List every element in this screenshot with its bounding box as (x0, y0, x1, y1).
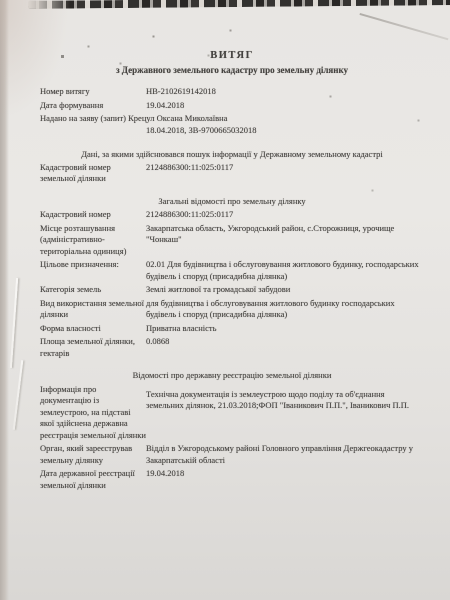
field-label: Дата державної реєстрації земельної діля… (40, 468, 146, 491)
field-row: Площа земельної ділянки, гектарів 0.0868 (40, 336, 424, 359)
field-value: 02.01 Для будівництва і обслуговування ж… (146, 259, 424, 282)
field-label: Цільове призначення: (40, 259, 146, 271)
field-label: Дата формування (40, 100, 146, 112)
field-value: для будівництва і обслуговування житлово… (146, 298, 424, 321)
field-row: Орган, який зареєстрував земельну ділянк… (40, 443, 424, 466)
field-value: 19.04.2018 (146, 100, 424, 112)
doc-title: ВИТЯГ (40, 50, 424, 62)
field-row: Форма власності Приватна власність (40, 323, 424, 335)
field-row: Номер витягу НВ-2102619142018 (40, 86, 424, 98)
field-label: Вид використання земельної ділянки (40, 298, 146, 321)
field-row: Дата формування 19.04.2018 (40, 100, 424, 112)
field-row: Місце розташування (адміністративно-тери… (40, 223, 424, 258)
field-value: 2124886300:11:025:0117 (146, 209, 424, 221)
field-value: Приватна власність (146, 323, 424, 335)
field-label: Форма власності (40, 323, 146, 335)
section-heading: Дані, за якими здійснювався пошук інформ… (40, 149, 424, 161)
field-label: Площа земельної ділянки, гектарів (40, 336, 146, 359)
field-value: 19.04.2018 (146, 468, 424, 480)
field-value: Відділ в Ужгородському районі Головного … (146, 443, 424, 466)
field-row: Вид використання земельної ділянки для б… (40, 298, 424, 321)
field-value: НВ-2102619142018 (146, 86, 424, 98)
field-value: 18.04.2018, ЗВ-9700665032018 (146, 125, 424, 137)
doc-subtitle: з Державного земельного кадастру про зем… (40, 65, 424, 77)
field-label: Кадастровий номер земельної ділянки (40, 162, 146, 185)
document-page: ВИТЯГ з Державного земельного кадастру п… (0, 0, 450, 493)
field-row: Цільове призначення: 02.01 Для будівницт… (40, 259, 424, 282)
field-value: Землі житлової та громадської забудови (146, 284, 424, 296)
field-label: Орган, який зареєстрував земельну ділянк… (40, 443, 146, 466)
field-row: Кадастровий номер земельної ділянки 2124… (40, 162, 424, 185)
field-row: Дата державної реєстрації земельної діля… (40, 468, 424, 491)
field-value: Технічна документація із землеустрою щод… (146, 384, 424, 412)
field-label: Кадастровий номер (40, 209, 146, 221)
field-label: Інформація про документацію із землеустр… (40, 384, 146, 442)
section-heading: Відомості про державну реєстрацію земель… (40, 370, 424, 382)
field-label: Номер витягу (40, 86, 146, 98)
field-row: Категорія земель Землі житлової та грома… (40, 284, 424, 296)
field-value: 2124886300:11:025:0117 (146, 162, 424, 174)
field-row: Надано на заяву (запит) Крецул Оксана Ми… (40, 113, 424, 136)
field-value: Крецул Оксана Миколаївна (128, 113, 227, 123)
field-value: Закарпатська область, Ужгородський район… (146, 223, 424, 246)
section-heading: Загальні відомості про земельну ділянку (40, 196, 424, 208)
field-label: Надано на заяву (запит) (40, 113, 126, 123)
field-row: Інформація про документацію із землеустр… (40, 384, 424, 442)
field-label: Місце розташування (адміністративно-тери… (40, 223, 146, 258)
field-row: Кадастровий номер 2124886300:11:025:0117 (40, 209, 424, 221)
field-label: Категорія земель (40, 284, 146, 296)
field-value: 0.0868 (146, 336, 424, 348)
